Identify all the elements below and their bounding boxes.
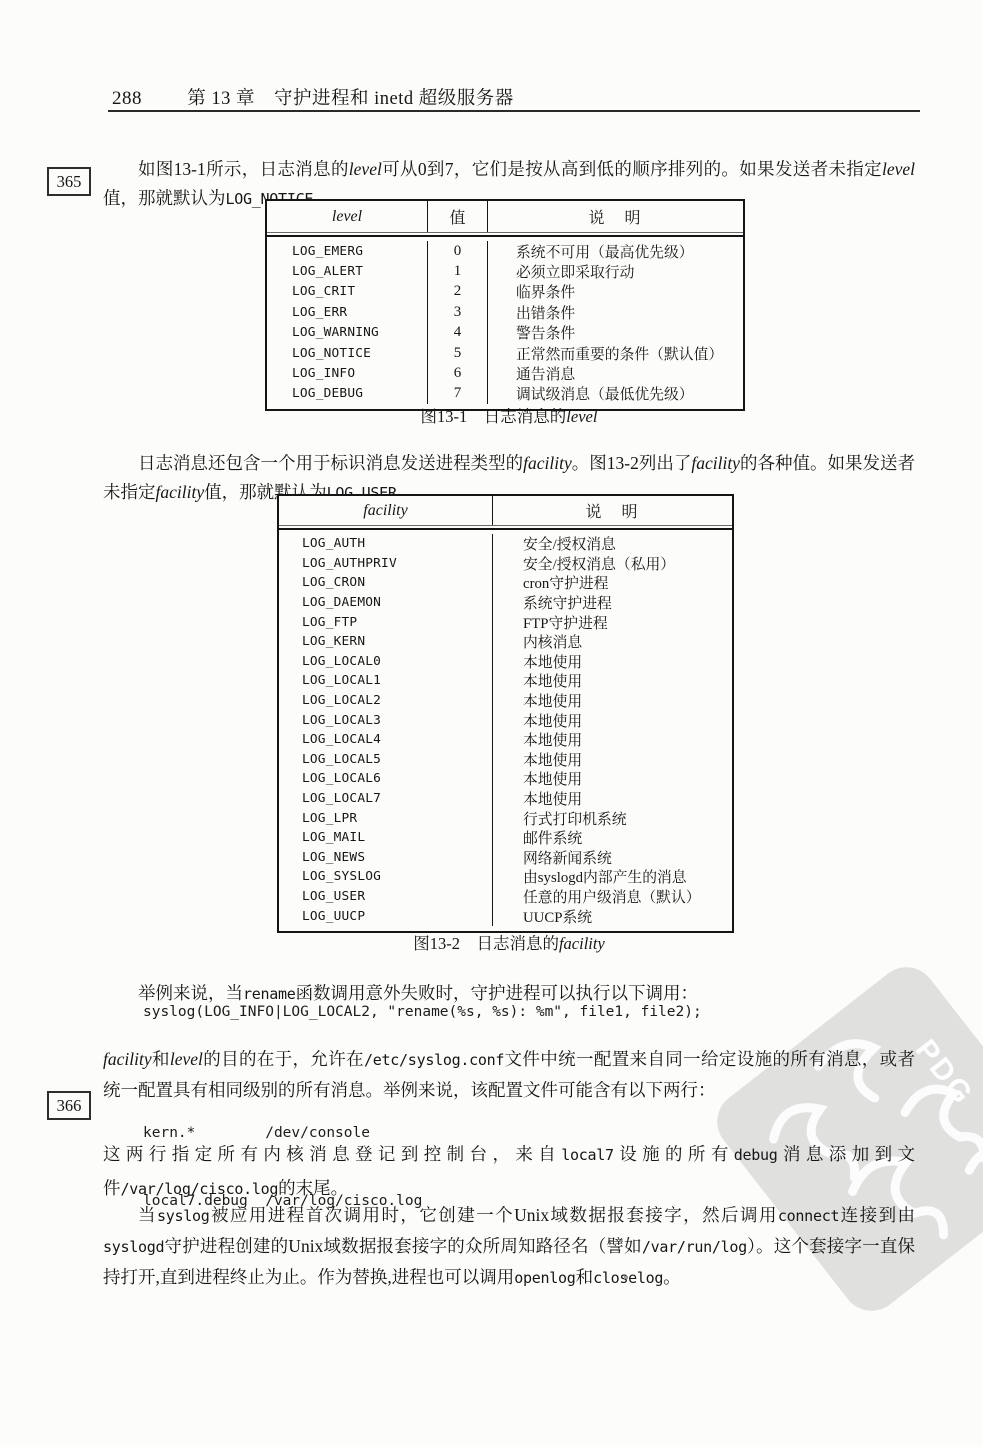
table-row: LOG_KERN内核消息	[279, 632, 732, 652]
table-cell: LOG_INFO	[267, 363, 427, 383]
table-row: LOG_USER任意的用户级消息（默认）	[279, 887, 732, 907]
level-table-header-desc: 说 明	[487, 201, 743, 232]
level-table-body: LOG_EMERG0系统不可用（最高优先级）LOG_ALERT1必须立即采取行动…	[267, 235, 743, 409]
text-run: syslog	[157, 1207, 210, 1225]
text-run: 图13-2 日志消息的	[413, 934, 559, 953]
text-run: level	[170, 1049, 203, 1069]
text-run: rename	[243, 985, 296, 1003]
table-cell: 本地使用	[492, 789, 732, 809]
table-cell: LOG_CRON	[279, 573, 492, 593]
text-run: 当	[138, 1205, 157, 1225]
text-run: 。图13-2列出了	[572, 453, 692, 473]
table-cell: LOG_SYSLOG	[279, 867, 492, 887]
table-cell: LOG_DEBUG	[267, 384, 427, 404]
text-run: facility	[523, 453, 572, 473]
table-cell: LOG_MAIL	[279, 828, 492, 848]
table-cell: LOG_LOCAL5	[279, 750, 492, 770]
facility-table-header-facility: facility	[279, 496, 492, 525]
table-cell: 本地使用	[492, 710, 732, 730]
level-table-header-level: level	[267, 201, 427, 232]
table-cell: 5	[427, 343, 487, 363]
text-run: syslogd	[103, 1238, 164, 1256]
text-run: facility	[559, 934, 605, 953]
table-row: LOG_LOCAL6本地使用	[279, 769, 732, 789]
table-cell: 临界条件	[487, 282, 743, 302]
text-run: facility	[156, 482, 205, 502]
table-row: LOG_ALERT1必须立即采取行动	[267, 261, 743, 281]
table-row: LOG_LOCAL1本地使用	[279, 671, 732, 691]
table-cell: 0	[427, 241, 487, 261]
table-cell: 本地使用	[492, 671, 732, 691]
table-cell: 本地使用	[492, 730, 732, 750]
table-cell: LOG_LOCAL4	[279, 730, 492, 750]
text-run: 的末尾。	[278, 1178, 348, 1198]
table-cell: 本地使用	[492, 750, 732, 770]
table-cell: LOG_LPR	[279, 808, 492, 828]
running-head: 288 第 13 章 守护进程和 inetd 超级服务器	[112, 84, 924, 108]
text-run: 的目的在于，允许在	[203, 1049, 364, 1069]
table-row: LOG_DEBUG7调试级消息（最低优先级）	[267, 384, 743, 404]
margin-page-ref-366: 366	[47, 1091, 91, 1120]
figure-13-1-caption: 图13-1 日志消息的level	[103, 403, 915, 427]
table-row: LOG_FTPFTP守护进程	[279, 612, 732, 632]
text-run: 。	[663, 1267, 681, 1287]
level-table-header-value: 值	[427, 201, 487, 232]
text-run: facility	[103, 1049, 152, 1069]
table-cell: LOG_NOTICE	[267, 343, 427, 363]
table-cell: 出错条件	[487, 302, 743, 322]
text-run: 日志消息还包含一个用于标识消息发送进程类型的	[138, 453, 523, 473]
table-row: LOG_LOCAL2本地使用	[279, 691, 732, 711]
table-cell: 正常然而重要的条件（默认值）	[487, 343, 743, 363]
text-run: 函数调用意外失败时，守护进程可以执行以下调用：	[296, 983, 699, 1003]
table-cell: 1	[427, 261, 487, 281]
table-cell: 系统守护进程	[492, 593, 732, 613]
text-run: 图13-1 日志消息的	[421, 407, 567, 426]
table-row: LOG_LOCAL0本地使用	[279, 652, 732, 672]
table-cell: 安全/授权消息	[492, 534, 732, 554]
table-row: LOG_NOTICE5正常然而重要的条件（默认值）	[267, 343, 743, 363]
table-cell: LOG_LOCAL2	[279, 691, 492, 711]
table-row: LOG_MAIL邮件系统	[279, 828, 732, 848]
table-cell: LOG_KERN	[279, 632, 492, 652]
table-row: LOG_EMERG0系统不可用（最高优先级）	[267, 241, 743, 261]
table-row: LOG_LPR行式打印机系统	[279, 808, 732, 828]
table-row: LOG_CRIT2临界条件	[267, 282, 743, 302]
table-row: LOG_WARNING4警告条件	[267, 323, 743, 343]
table-cell: LOG_DAEMON	[279, 593, 492, 613]
text-run: openlog	[514, 1269, 575, 1287]
table-row: LOG_AUTHPRIV安全/授权消息（私用）	[279, 554, 732, 574]
table-cell: 邮件系统	[492, 828, 732, 848]
table-cell: 行式打印机系统	[492, 808, 732, 828]
text-run: level	[349, 159, 382, 179]
table-cell: LOG_ERR	[267, 302, 427, 322]
table-row: LOG_NEWS网络新闻系统	[279, 848, 732, 868]
table-cell: 任意的用户级消息（默认）	[492, 887, 732, 907]
table-cell: 安全/授权消息（私用）	[492, 554, 732, 574]
table-cell: LOG_AUTHPRIV	[279, 554, 492, 574]
table-row: LOG_ERR3出错条件	[267, 302, 743, 322]
text-run: /var/run/log	[642, 1238, 747, 1256]
table-cell: LOG_FTP	[279, 612, 492, 632]
text-run: 被应用进程首次调用时，它创建一个Unix域数据报套接字，然后调用	[210, 1205, 778, 1225]
table-cell: LOG_EMERG	[267, 241, 427, 261]
text-run: closelog	[593, 1269, 663, 1287]
scanned-book-page: PDG 288 第 13 章 守护进程和 inetd 超级服务器 365 366…	[0, 0, 983, 1447]
table-row: LOG_LOCAL3本地使用	[279, 710, 732, 730]
text-run: level	[566, 407, 597, 426]
level-table-header: level 值 说 明	[267, 201, 743, 233]
text-run: 如图13-1所示，日志消息的	[138, 159, 349, 179]
level-table: level 值 说 明 LOG_EMERG0系统不可用（最高优先级）LOG_AL…	[265, 199, 745, 411]
table-cell: LOG_UUCP	[279, 906, 492, 926]
paragraph-syslog-socket: 当syslog被应用进程首次调用时，它创建一个Unix域数据报套接字，然后调用c…	[103, 1200, 915, 1293]
header-rule	[108, 110, 920, 112]
table-row: LOG_INFO6通告消息	[267, 363, 743, 383]
table-row: LOG_LOCAL5本地使用	[279, 750, 732, 770]
text-run: 可从0到7，它们是按从高到低的顺序排列的。如果发送者未指定	[382, 159, 882, 179]
facility-table-header-desc: 说 明	[492, 496, 732, 525]
table-cell: 系统不可用（最高优先级）	[487, 241, 743, 261]
table-row: LOG_CRONcron守护进程	[279, 573, 732, 593]
table-cell: cron守护进程	[492, 573, 732, 593]
table-cell: 本地使用	[492, 652, 732, 672]
facility-table: facility 说 明 LOG_AUTH安全/授权消息LOG_AUTHPRIV…	[277, 494, 734, 933]
text-run: facility	[691, 453, 740, 473]
page-number: 288	[112, 88, 142, 110]
table-cell: 警告条件	[487, 323, 743, 343]
text-run: 连接到由	[839, 1205, 915, 1225]
text-run: connect	[778, 1207, 839, 1225]
table-cell: 通告消息	[487, 363, 743, 383]
table-cell: LOG_USER	[279, 887, 492, 907]
table-cell: 内核消息	[492, 632, 732, 652]
table-cell: 必须立即采取行动	[487, 261, 743, 281]
table-row: LOG_UUCPUUCP系统	[279, 906, 732, 926]
text-run: 值，那就默认为	[103, 188, 226, 208]
chapter-title: 第 13 章 守护进程和 inetd 超级服务器	[187, 84, 514, 110]
table-cell: LOG_LOCAL6	[279, 769, 492, 789]
text-run: 和	[576, 1267, 594, 1287]
table-cell: LOG_WARNING	[267, 323, 427, 343]
table-cell: LOG_LOCAL0	[279, 652, 492, 672]
syslog-call-code: syslog(LOG_INFO|LOG_LOCAL2, "rename(%s, …	[143, 1004, 702, 1020]
table-cell: 6	[427, 363, 487, 383]
table-cell: 2	[427, 282, 487, 302]
table-cell: LOG_LOCAL3	[279, 710, 492, 730]
table-cell: UUCP系统	[492, 906, 732, 926]
text-run: 和	[152, 1049, 170, 1069]
text-run: debug	[734, 1146, 778, 1164]
table-cell: 3	[427, 302, 487, 322]
table-cell: 4	[427, 323, 487, 343]
text-run: 设施的所有	[614, 1144, 734, 1164]
text-run: 守护进程创建的Unix域数据报套接字的众所周知路径名（譬如	[164, 1236, 641, 1256]
facility-table-body: LOG_AUTH安全/授权消息LOG_AUTHPRIV安全/授权消息（私用）LO…	[279, 528, 732, 931]
table-cell: LOG_AUTH	[279, 534, 492, 554]
text-run: /var/log/cisco.log	[121, 1180, 279, 1198]
scan-speck	[624, 1276, 628, 1279]
table-row: LOG_LOCAL7本地使用	[279, 789, 732, 809]
table-cell: 网络新闻系统	[492, 848, 732, 868]
text-run: 举例来说，当	[138, 983, 243, 1003]
facility-table-header: facility 说 明	[279, 496, 732, 526]
text-run: local7	[561, 1146, 614, 1164]
table-cell: 本地使用	[492, 691, 732, 711]
table-row: LOG_SYSLOG由syslogd内部产生的消息	[279, 867, 732, 887]
table-row: LOG_AUTH安全/授权消息	[279, 534, 732, 554]
table-cell: 由syslogd内部产生的消息	[492, 867, 732, 887]
table-cell: LOG_LOCAL1	[279, 671, 492, 691]
table-row: LOG_DAEMON系统守护进程	[279, 593, 732, 613]
table-cell: LOG_CRIT	[267, 282, 427, 302]
text-run: level	[882, 159, 915, 179]
table-cell: LOG_NEWS	[279, 848, 492, 868]
table-cell: LOG_ALERT	[267, 261, 427, 281]
paragraph-conf-explanation: 这两行指定所有内核消息登记到控制台，来自local7设施的所有debug消息添加…	[103, 1138, 915, 1206]
margin-page-ref-365: 365	[47, 167, 91, 196]
figure-13-2-caption: 图13-2 日志消息的facility	[103, 930, 915, 954]
table-cell: 调试级消息（最低优先级）	[487, 384, 743, 404]
text-run: 这两行指定所有内核消息登记到控制台，来自	[103, 1144, 561, 1164]
table-row: LOG_LOCAL4本地使用	[279, 730, 732, 750]
text-run: /etc/syslog.conf	[364, 1051, 504, 1069]
table-cell: 7	[427, 384, 487, 404]
table-cell: LOG_LOCAL7	[279, 789, 492, 809]
table-cell: FTP守护进程	[492, 612, 732, 632]
table-cell: 本地使用	[492, 769, 732, 789]
